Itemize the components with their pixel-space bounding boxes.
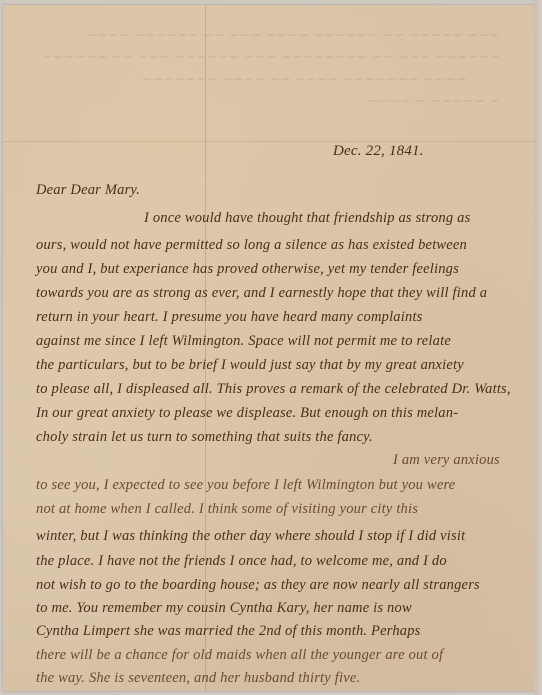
- letter-line: there will be a chance for old maids whe…: [36, 647, 443, 664]
- letter-line: In our great anxiety to please we disple…: [36, 405, 458, 422]
- paper-edge-right: [534, 0, 542, 695]
- letter-line: winter, but I was thinking the other day…: [36, 528, 465, 545]
- letter-line: you and I, but experiance has proved oth…: [36, 261, 459, 278]
- horizontal-fold-line: [3, 141, 537, 142]
- letter-line: the place. I have not the friends I once…: [36, 553, 447, 570]
- letter-line: against me since I left Wilmington. Spac…: [36, 333, 451, 350]
- letter-line: the particulars, but to be brief I would…: [36, 357, 464, 374]
- letter-line: I once would have thought that friendshi…: [144, 210, 470, 227]
- letter-line: not wish to go to the boarding house; as…: [36, 577, 480, 594]
- letter-line: not at home when I called. I think some …: [36, 501, 418, 518]
- letter-line: choly strain let us turn to something th…: [36, 429, 373, 446]
- letter-line: to see you, I expected to see you before…: [36, 477, 455, 494]
- bleed-through-text: ~~~ ~~~~~ ~~ ~~~~~~ ~~~~ ~~~ ~~ ~~~~~~ ~…: [20, 25, 500, 115]
- letter-salutation: Dear Dear Mary.: [36, 182, 140, 199]
- letter-line: to please all, I displeased all. This pr…: [36, 381, 511, 398]
- letter-line: ours, would not have permitted so long a…: [36, 237, 467, 254]
- letter-line: to me. You remember my cousin Cyntha Kar…: [36, 600, 412, 617]
- letter-scan: ~~~ ~~~~~ ~~ ~~~~~~ ~~~~ ~~~ ~~ ~~~~~~ ~…: [0, 0, 542, 695]
- letter-line: the way. She is seventeen, and her husba…: [36, 670, 360, 687]
- letter-line: towards you are as strong as ever, and I…: [36, 285, 487, 302]
- letter-line: I am very anxious: [393, 452, 500, 469]
- letter-date: Dec. 22, 1841.: [333, 143, 424, 160]
- letter-line: return in your heart. I presume you have…: [36, 309, 423, 326]
- letter-line: Cyntha Limpert she was married the 2nd o…: [36, 623, 421, 640]
